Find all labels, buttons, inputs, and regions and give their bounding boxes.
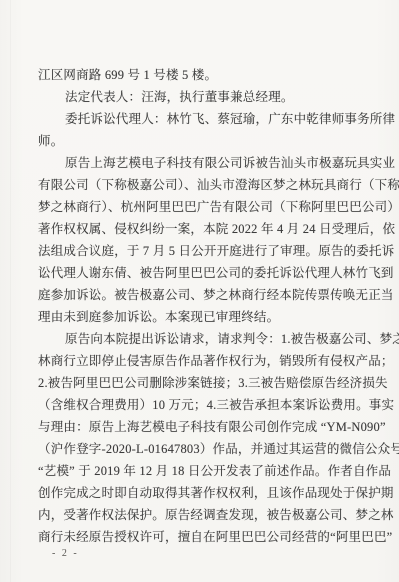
document-line: 原告上海艺模电子科技有限公司诉被告汕头市极嘉玩具实业 — [38, 152, 370, 174]
document-line: 法定代表人：汪海，执行董事兼总经理。 — [38, 86, 370, 108]
document-body: 江区网商路 699 号 1 号楼 5 楼。 法定代表人：汪海，执行董事兼总经理。… — [38, 64, 370, 548]
document-line: “艺模” 于 2019 年 12 月 18 日公开发表了前述作品。作者自作品 — [38, 460, 370, 482]
document-line: 林商行立即停止侵害原告作品著作权行为，销毁所有侵权产品； — [38, 350, 370, 372]
document-line: 法组成合议庭，于 7 月 5 日公开开庭进行了审理。原告的委托诉 — [38, 240, 370, 262]
document-line: （含维权合理费用）10 万元；4.三被告承担本案诉讼费用。事实 — [38, 394, 370, 416]
document-line: 2.被告阿里巴巴公司删除涉案链接；3.三被告赔偿原告经济损失 — [38, 372, 370, 394]
scan-artifact-line — [10, 0, 11, 582]
document-line: 著作权权属、侵权纠纷一案，本院 2022 年 4 月 24 日受理后，依 — [38, 218, 370, 240]
document-line: 江区网商路 699 号 1 号楼 5 楼。 — [38, 64, 370, 86]
document-line: 与理由：原告上海艺模电子科技有限公司创作完成 “YM-N090” — [38, 416, 370, 438]
document-page: 江区网商路 699 号 1 号楼 5 楼。 法定代表人：汪海，执行董事兼总经理。… — [0, 0, 399, 582]
document-line: 委托诉讼代理人：林竹飞、蔡冠瑜，广东中乾律师事务所律 — [38, 108, 370, 130]
document-line: 创作完成之时即自动取得其著作权权利，且该作品现处于保护期 — [38, 482, 370, 504]
document-line: 内，受著作权法保护。原告经调查发现，被告极嘉公司、梦之林 — [38, 504, 370, 526]
document-line: 商行未经原告授权许可，擅自在阿里巴巴公司经营的“阿里巴巴” — [38, 526, 370, 548]
document-line: 有限公司（下称极嘉公司）、汕头市澄海区梦之林玩具商行（下称 — [38, 174, 370, 196]
document-line: 庭参加诉讼。被告极嘉公司、梦之林商行经本院传票传唤无正当 — [38, 284, 370, 306]
document-line: 梦之林商行）、杭州阿里巴巴广告有限公司（下称阿里巴巴公司） — [38, 196, 370, 218]
document-line: 理由未到庭参加诉讼。本案现已审理终结。 — [38, 306, 370, 328]
document-line: （沪作登字-2020-L-01647803）作品，并通过其运营的微信公众号 — [38, 438, 370, 460]
document-line: 原告向本院提出诉讼请求，请求判令：1.被告极嘉公司、梦之 — [38, 328, 370, 350]
document-line: 师。 — [38, 130, 370, 152]
document-line: 讼代理人谢东倩、被告阿里巴巴公司的委托诉讼代理人林竹飞到 — [38, 262, 370, 284]
page-number: - 2 - — [52, 548, 79, 559]
